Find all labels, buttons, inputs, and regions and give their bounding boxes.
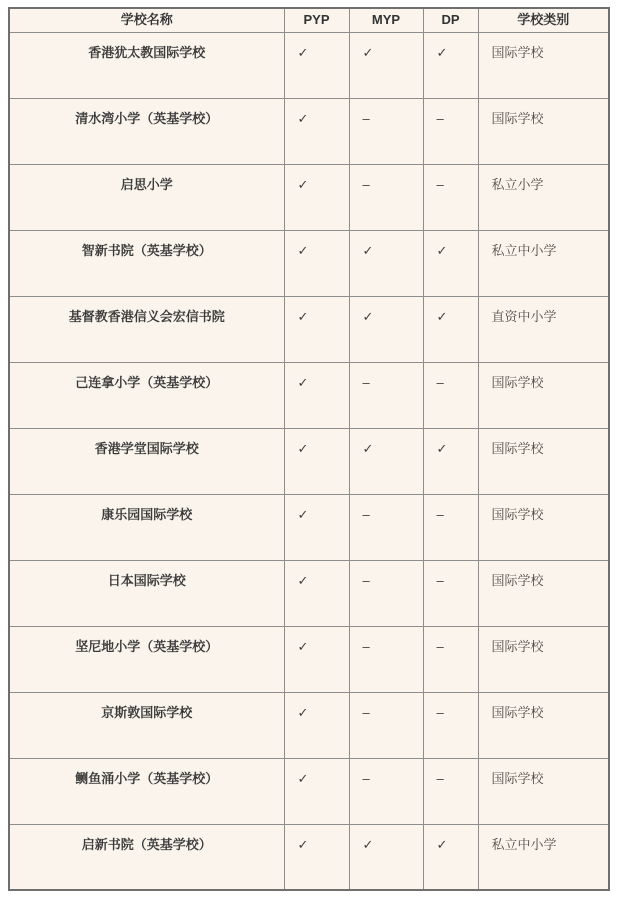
table-row: 京斯敦国际学校✓––国际学校: [9, 692, 609, 758]
dp-cell: –: [423, 626, 478, 692]
pyp-cell: ✓: [284, 362, 349, 428]
pyp-cell: ✓: [284, 560, 349, 626]
header-pyp: PYP: [284, 8, 349, 32]
myp-cell: –: [349, 626, 423, 692]
pyp-cell: ✓: [284, 494, 349, 560]
school-name-cell: 京斯敦国际学校: [9, 692, 284, 758]
category-cell: 私立中小学: [478, 230, 609, 296]
pyp-cell: ✓: [284, 296, 349, 362]
school-name-cell: 启新书院（英基学校）: [9, 824, 284, 890]
category-cell: 国际学校: [478, 428, 609, 494]
myp-cell: ✓: [349, 296, 423, 362]
category-cell: 国际学校: [478, 692, 609, 758]
myp-cell: –: [349, 164, 423, 230]
dp-cell: –: [423, 362, 478, 428]
pyp-cell: ✓: [284, 626, 349, 692]
myp-cell: –: [349, 692, 423, 758]
header-myp: MYP: [349, 8, 423, 32]
pyp-cell: ✓: [284, 230, 349, 296]
table-row: 坚尼地小学（英基学校）✓––国际学校: [9, 626, 609, 692]
category-cell: 国际学校: [478, 560, 609, 626]
table-header: 学校名称 PYP MYP DP 学校类别: [9, 8, 609, 32]
school-name-cell: 己连拿小学（英基学校）: [9, 362, 284, 428]
dp-cell: ✓: [423, 230, 478, 296]
myp-cell: ✓: [349, 230, 423, 296]
dp-cell: –: [423, 692, 478, 758]
dp-cell: –: [423, 164, 478, 230]
school-name-cell: 智新书院（英基学校）: [9, 230, 284, 296]
pyp-cell: ✓: [284, 428, 349, 494]
myp-cell: –: [349, 98, 423, 164]
table-row: 日本国际学校✓––国际学校: [9, 560, 609, 626]
category-cell: 国际学校: [478, 626, 609, 692]
dp-cell: ✓: [423, 32, 478, 98]
myp-cell: ✓: [349, 428, 423, 494]
dp-cell: ✓: [423, 296, 478, 362]
table-row: 智新书院（英基学校）✓✓✓私立中小学: [9, 230, 609, 296]
pyp-cell: ✓: [284, 164, 349, 230]
table-row: 清水湾小学（英基学校）✓––国际学校: [9, 98, 609, 164]
dp-cell: –: [423, 758, 478, 824]
school-name-cell: 启思小学: [9, 164, 284, 230]
school-name-cell: 清水湾小学（英基学校）: [9, 98, 284, 164]
school-name-cell: 日本国际学校: [9, 560, 284, 626]
header-dp: DP: [423, 8, 478, 32]
school-programmes-table: 学校名称 PYP MYP DP 学校类别 香港犹太教国际学校✓✓✓国际学校清水湾…: [8, 7, 610, 891]
table-row: 香港犹太教国际学校✓✓✓国际学校: [9, 32, 609, 98]
table-row: 基督教香港信义会宏信书院✓✓✓直资中小学: [9, 296, 609, 362]
school-name-cell: 坚尼地小学（英基学校）: [9, 626, 284, 692]
header-row: 学校名称 PYP MYP DP 学校类别: [9, 8, 609, 32]
header-school-category: 学校类别: [478, 8, 609, 32]
table-row: 启思小学✓––私立小学: [9, 164, 609, 230]
dp-cell: ✓: [423, 428, 478, 494]
pyp-cell: ✓: [284, 98, 349, 164]
pyp-cell: ✓: [284, 692, 349, 758]
category-cell: 国际学校: [478, 32, 609, 98]
dp-cell: –: [423, 98, 478, 164]
school-name-cell: 香港学堂国际学校: [9, 428, 284, 494]
table-row: 香港学堂国际学校✓✓✓国际学校: [9, 428, 609, 494]
myp-cell: –: [349, 560, 423, 626]
myp-cell: –: [349, 758, 423, 824]
myp-cell: ✓: [349, 32, 423, 98]
table-row: 启新书院（英基学校）✓✓✓私立中小学: [9, 824, 609, 890]
category-cell: 国际学校: [478, 362, 609, 428]
category-cell: 直资中小学: [478, 296, 609, 362]
table-row: 鲗鱼涌小学（英基学校）✓––国际学校: [9, 758, 609, 824]
category-cell: 国际学校: [478, 98, 609, 164]
school-name-cell: 香港犹太教国际学校: [9, 32, 284, 98]
pyp-cell: ✓: [284, 758, 349, 824]
school-name-cell: 康乐园国际学校: [9, 494, 284, 560]
category-cell: 私立小学: [478, 164, 609, 230]
table-row: 康乐园国际学校✓––国际学校: [9, 494, 609, 560]
myp-cell: –: [349, 494, 423, 560]
dp-cell: –: [423, 494, 478, 560]
school-name-cell: 鲗鱼涌小学（英基学校）: [9, 758, 284, 824]
category-cell: 私立中小学: [478, 824, 609, 890]
dp-cell: ✓: [423, 824, 478, 890]
table-body: 香港犹太教国际学校✓✓✓国际学校清水湾小学（英基学校）✓––国际学校启思小学✓–…: [9, 32, 609, 890]
myp-cell: ✓: [349, 824, 423, 890]
category-cell: 国际学校: [478, 494, 609, 560]
category-cell: 国际学校: [478, 758, 609, 824]
table-row: 己连拿小学（英基学校）✓––国际学校: [9, 362, 609, 428]
school-name-cell: 基督教香港信义会宏信书院: [9, 296, 284, 362]
pyp-cell: ✓: [284, 32, 349, 98]
header-school-name: 学校名称: [9, 8, 284, 32]
dp-cell: –: [423, 560, 478, 626]
myp-cell: –: [349, 362, 423, 428]
page: 学校名称 PYP MYP DP 学校类别 香港犹太教国际学校✓✓✓国际学校清水湾…: [0, 0, 617, 898]
pyp-cell: ✓: [284, 824, 349, 890]
